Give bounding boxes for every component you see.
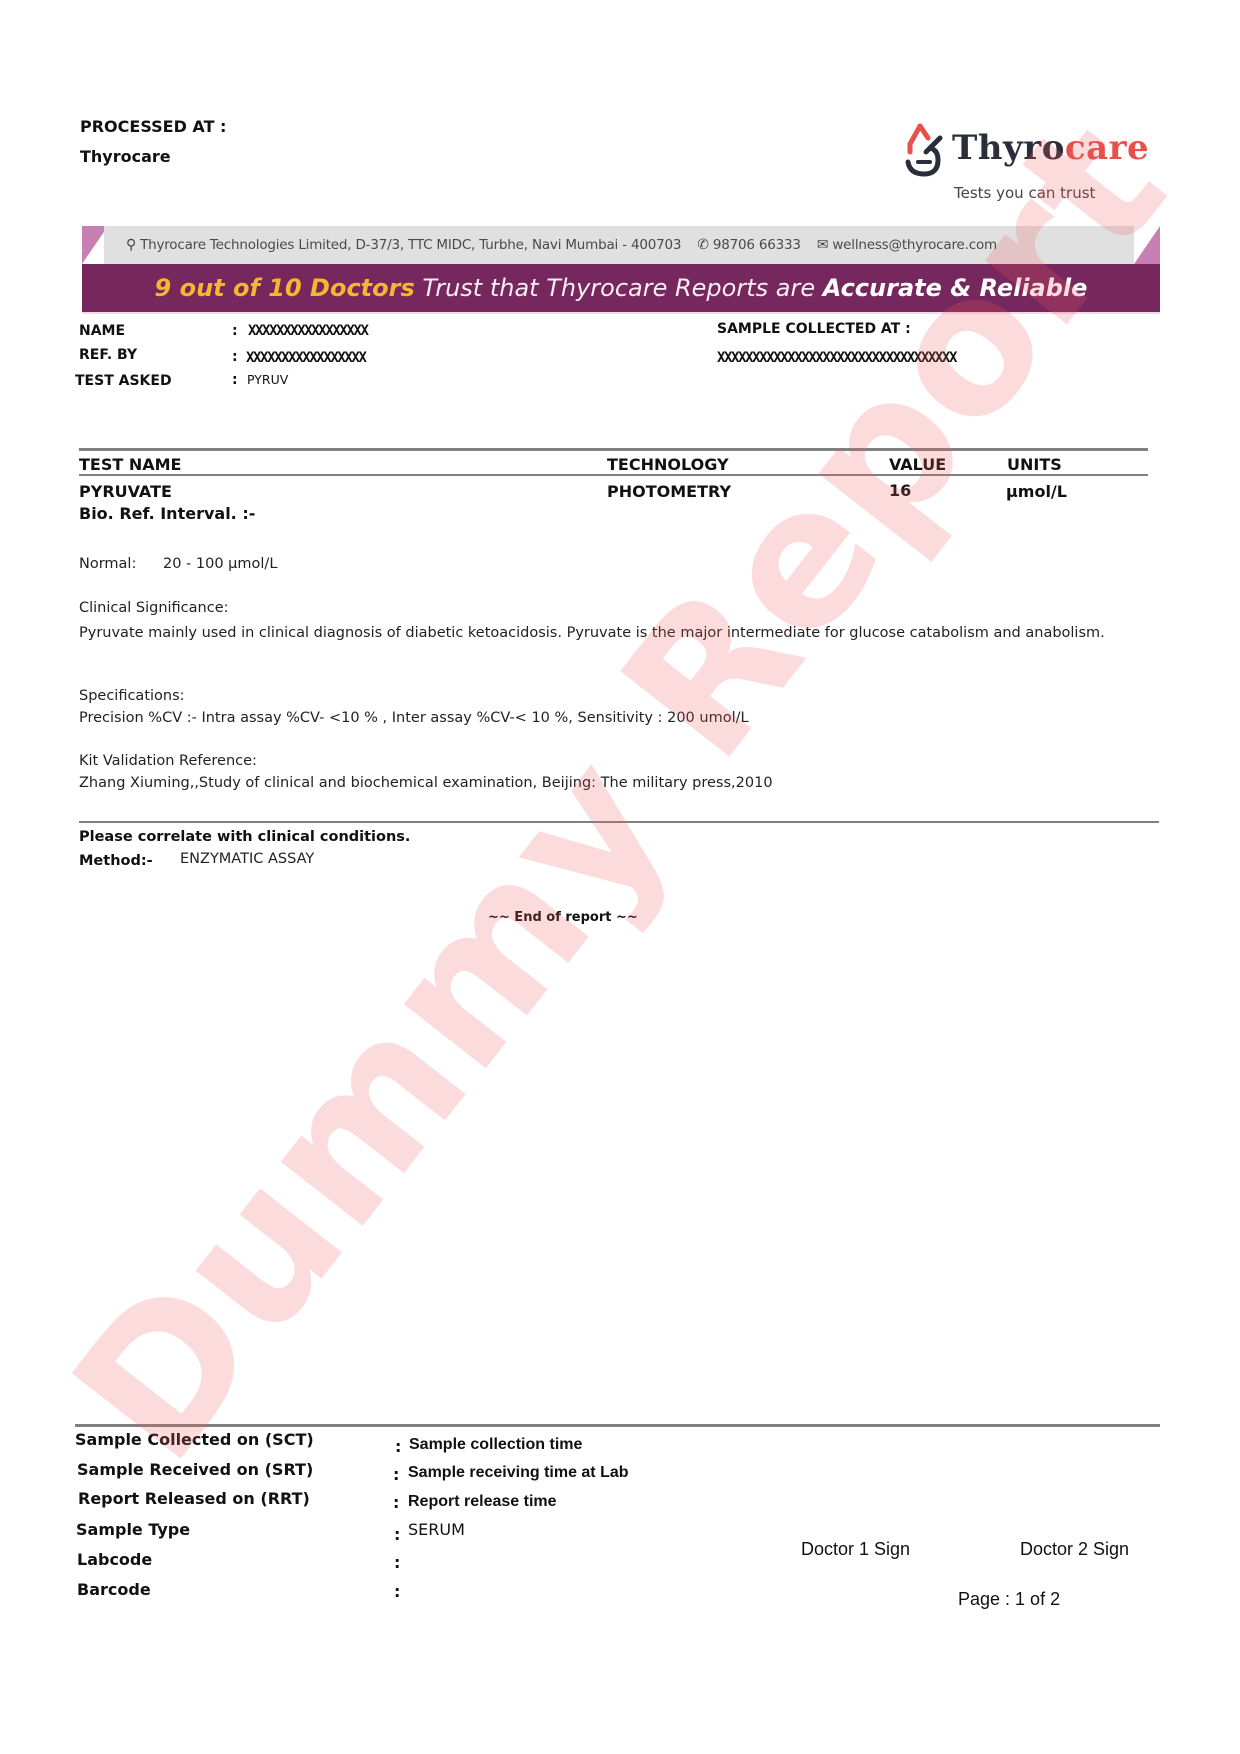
sct-value: Sample collection time <box>409 1436 582 1454</box>
footer-rule <box>75 1424 1160 1427</box>
bio-ref-interval-label: Bio. Ref. Interval. :- <box>79 504 255 523</box>
col-header-test-name: TEST NAME <box>79 455 181 474</box>
method-label: Method:- <box>79 853 153 869</box>
slogan-strong: Accurate & Reliable <box>823 274 1088 302</box>
phone-text: 98706 66333 <box>713 237 801 253</box>
ref-by-value: XXXXXXXXXXXXXXXXX <box>246 350 366 366</box>
whatsapp-icon: ✆ <box>697 237 709 253</box>
specifications-heading: Specifications: <box>79 688 185 704</box>
page-number: Page : 1 of 2 <box>958 1589 1060 1610</box>
ref-by-colon: : <box>232 349 238 365</box>
rrt-label: Report Released on (RRT) <box>78 1489 310 1508</box>
table-top-rule <box>79 448 1148 451</box>
sample-collected-at-label: SAMPLE COLLECTED AT : <box>717 321 911 337</box>
contact-strip: ⚲ Thyrocare Technologies Limited, D-37/3… <box>104 226 1134 264</box>
sct-colon: : <box>395 1437 401 1456</box>
table-header-rule <box>79 474 1148 476</box>
sct-label: Sample Collected on (SCT) <box>75 1430 314 1449</box>
address-item: ⚲ Thyrocare Technologies Limited, D-37/3… <box>126 237 681 253</box>
kit-validation-text: Zhang Xiuming,,Study of clinical and bio… <box>79 775 773 791</box>
test-asked-colon: : <box>232 372 238 388</box>
col-header-technology: TECHNOLOGY <box>607 455 729 474</box>
mail-icon: ✉ <box>817 237 829 253</box>
slogan-middle: Trust that Thyrocare Reports are <box>422 274 815 302</box>
normal-range-value: 20 - 100 µmol/L <box>163 556 277 572</box>
result-test-name: PYRUVATE <box>79 482 172 501</box>
banner-ribbon-right <box>1134 226 1160 264</box>
clinical-significance-heading: Clinical Significance: <box>79 600 229 616</box>
col-header-units: UNITS <box>1007 455 1062 474</box>
thyrocare-logo: Thyrocare Tests you can trust <box>900 118 1150 208</box>
result-value: 16 <box>889 481 911 500</box>
processed-at-label: PROCESSED AT : <box>80 117 226 136</box>
processed-at-value: Thyrocare <box>80 147 171 166</box>
email-item: ✉ wellness@thyrocare.com <box>817 237 997 253</box>
specifications-text: Precision %CV :- Intra assay %CV- <10 % … <box>79 710 749 726</box>
sample-type-colon: : <box>394 1525 400 1544</box>
labcode-colon: : <box>394 1553 400 1572</box>
normal-label: Normal: <box>79 556 136 572</box>
slogan-band: 9 out of 10 Doctors Trust that Thyrocare… <box>82 264 1160 312</box>
logo-tagline: Tests you can trust <box>954 184 1095 202</box>
address-text: Thyrocare Technologies Limited, D-37/3, … <box>140 237 681 253</box>
rrt-value: Report release time <box>408 1493 557 1511</box>
banner-divider <box>82 312 1160 314</box>
logo-wordmark: Thyrocare <box>952 128 1149 168</box>
result-technology: PHOTOMETRY <box>607 482 731 501</box>
result-units: µmol/L <box>1006 482 1067 501</box>
name-value: XXXXXXXXXXXXXXXXX <box>248 323 368 339</box>
srt-colon: : <box>393 1465 399 1484</box>
sample-type-value: SERUM <box>408 1520 465 1539</box>
srt-label: Sample Received on (SRT) <box>77 1460 313 1479</box>
slogan-highlight: 9 out of 10 Doctors <box>155 274 415 302</box>
notes-rule <box>79 821 1159 823</box>
test-asked-value: PYRUV <box>247 372 288 387</box>
name-label: NAME <box>79 323 125 339</box>
ref-by-label: REF. BY <box>79 347 137 363</box>
end-of-report: ~~ End of report ~~ <box>488 910 638 925</box>
kit-validation-heading: Kit Validation Reference: <box>79 753 257 769</box>
doctor-1-sign: Doctor 1 Sign <box>801 1539 910 1560</box>
rrt-colon: : <box>393 1493 399 1512</box>
location-pin-icon: ⚲ <box>126 237 136 253</box>
logo-wordmark-dark: Thyro <box>952 128 1065 168</box>
logo-wordmark-red: care <box>1065 128 1149 168</box>
method-value: ENZYMATIC ASSAY <box>180 851 314 867</box>
sample-collected-at-value: XXXXXXXXXXXXXXXXXXXXXXXXXXXXXXXXXX <box>717 350 956 366</box>
barcode-colon: : <box>394 1582 400 1601</box>
sample-type-label: Sample Type <box>76 1520 190 1539</box>
test-asked-label: TEST ASKED <box>75 373 172 389</box>
clinical-significance-text: Pyruvate mainly used in clinical diagnos… <box>79 622 1119 644</box>
flask-drop-icon <box>900 122 948 178</box>
contact-banner: ⚲ Thyrocare Technologies Limited, D-37/3… <box>82 222 1160 314</box>
doctor-2-sign: Doctor 2 Sign <box>1020 1539 1129 1560</box>
labcode-label: Labcode <box>77 1550 152 1569</box>
correlate-note: Please correlate with clinical condition… <box>79 829 410 845</box>
srt-value: Sample receiving time at Lab <box>408 1464 629 1482</box>
barcode-label: Barcode <box>77 1580 151 1599</box>
name-colon: : <box>232 323 238 339</box>
email-text: wellness@thyrocare.com <box>832 237 997 253</box>
col-header-value: VALUE <box>889 455 946 474</box>
phone-item: ✆ 98706 66333 <box>697 237 801 253</box>
